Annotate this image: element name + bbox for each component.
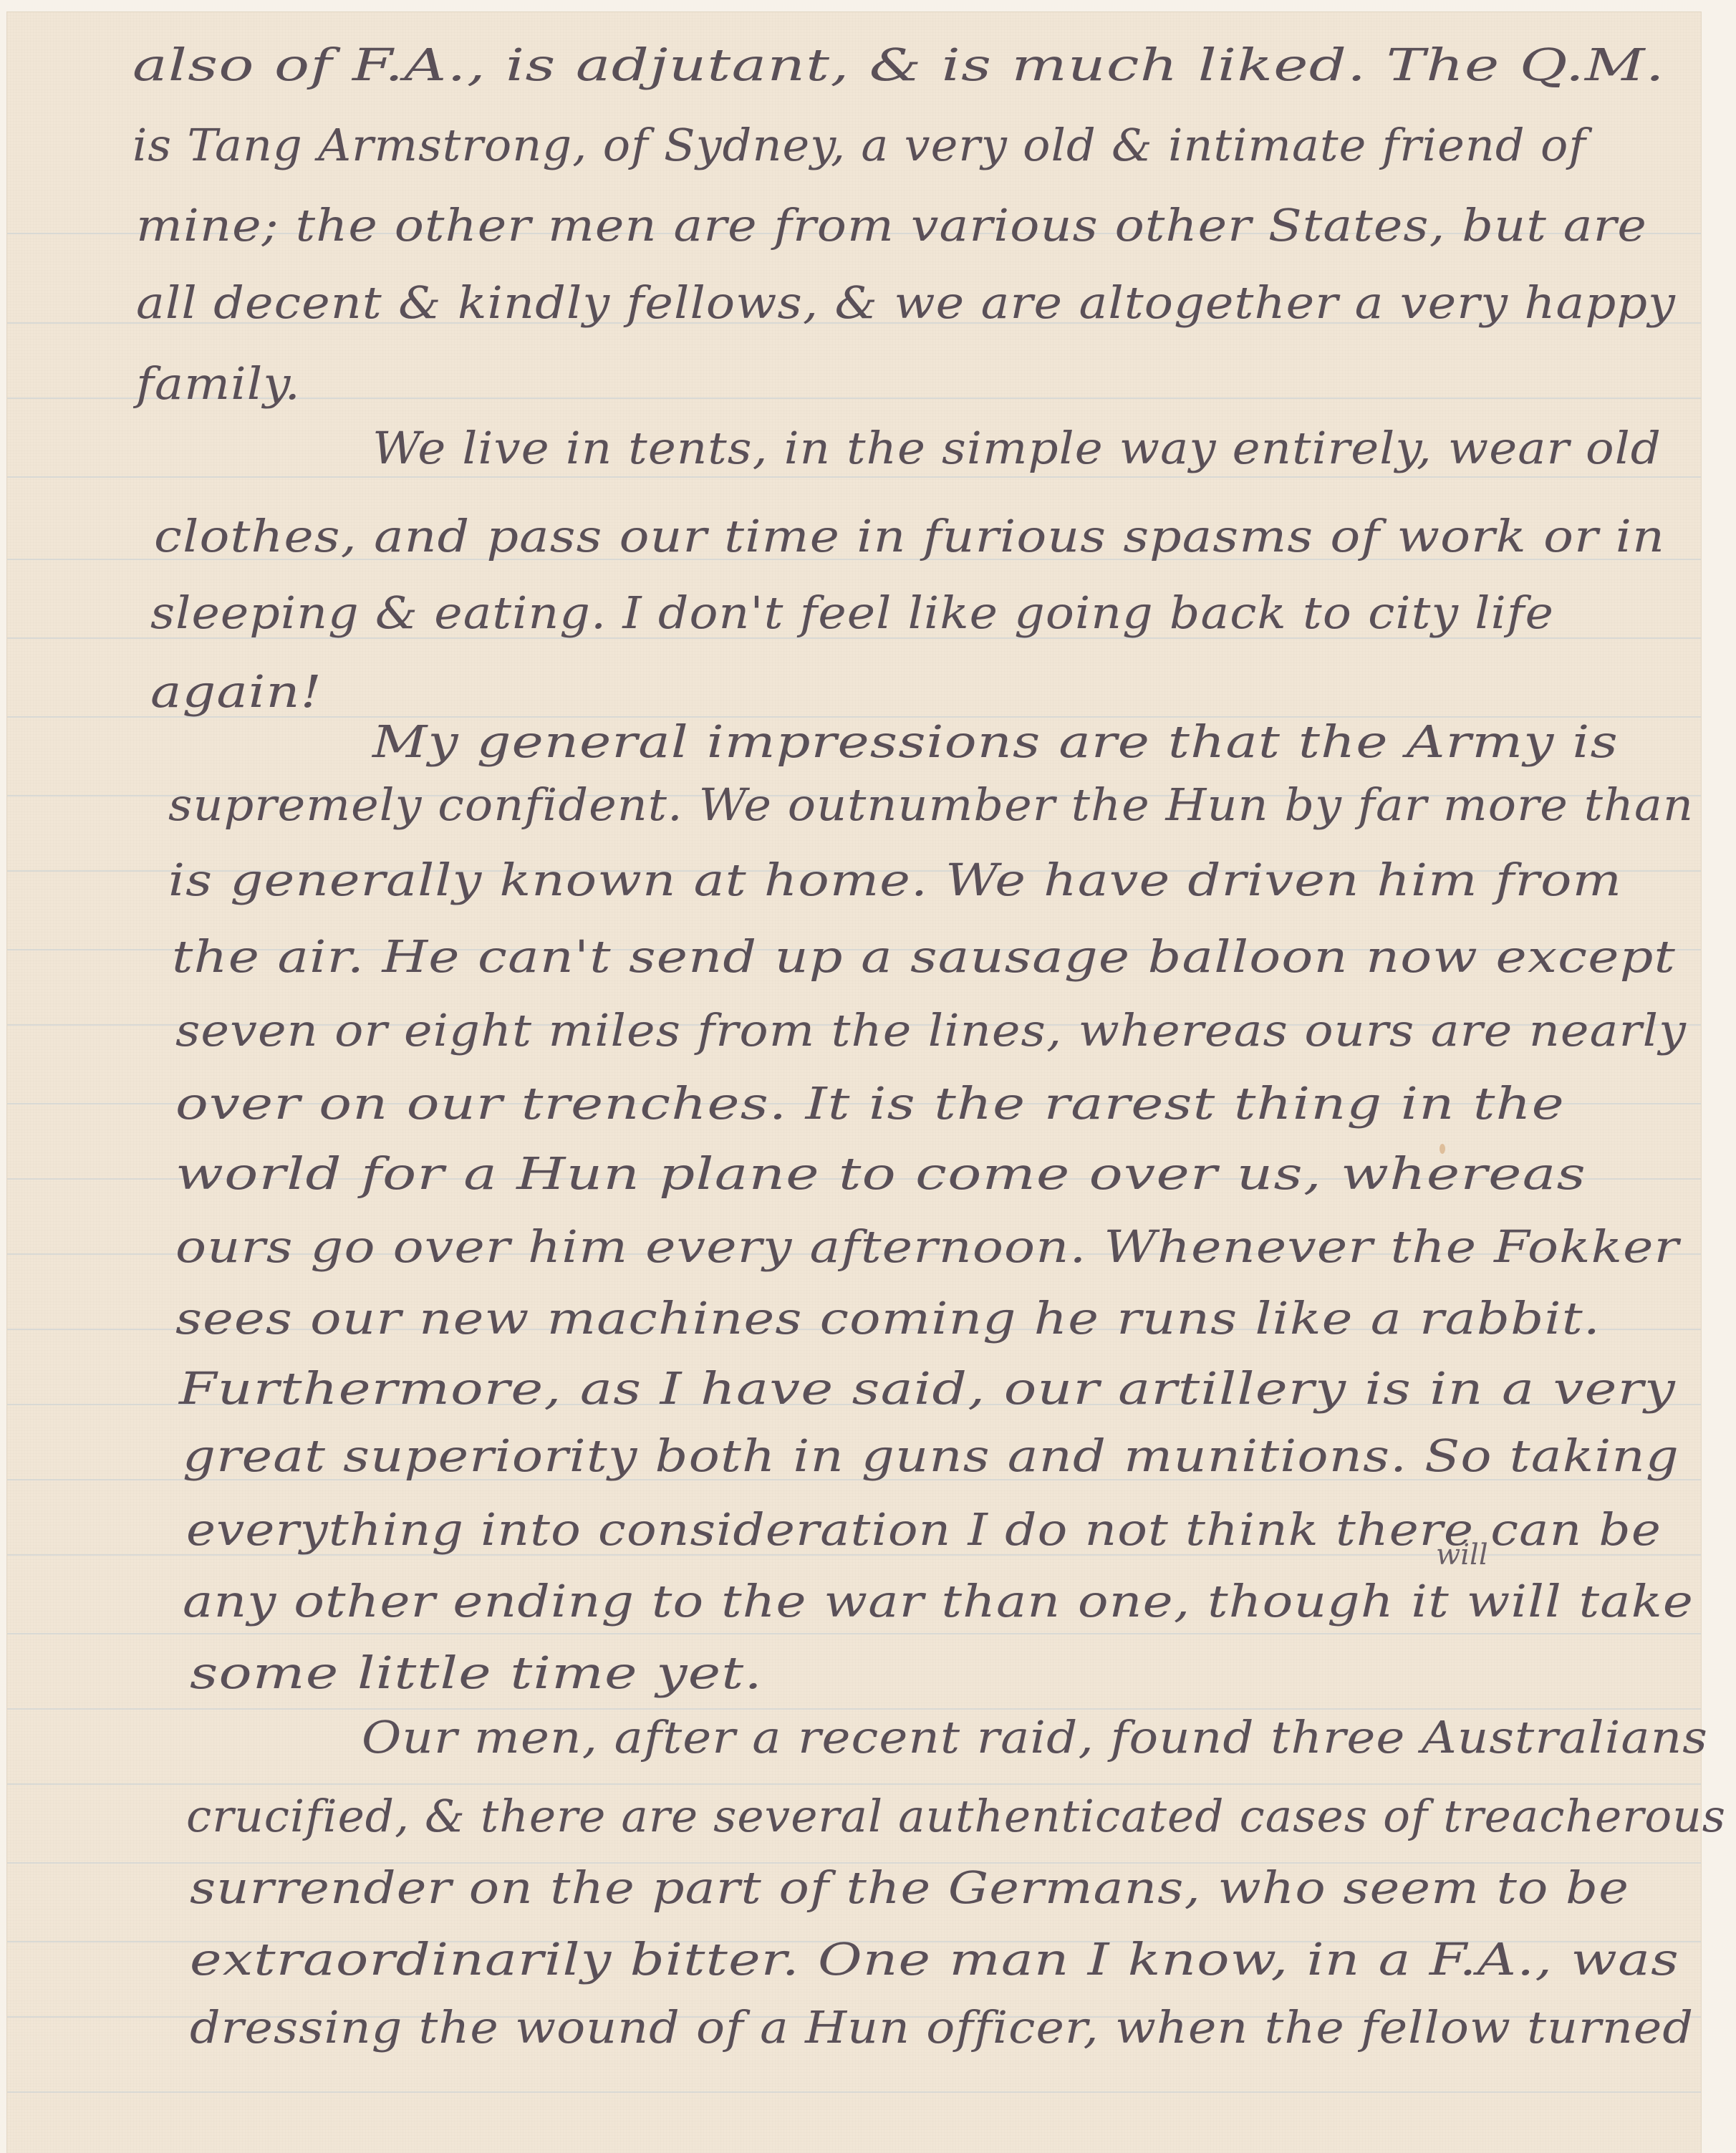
text-line: crucified, & there are several authentic… xyxy=(186,1794,1726,1839)
text-line: also of F.A., is adjutant, & is much lik… xyxy=(132,43,1665,87)
text-line: clothes, and pass our time in furious sp… xyxy=(154,514,1665,559)
text-line: supremely confident. We outnumber the Hu… xyxy=(168,783,1694,827)
ink-stain xyxy=(1440,1144,1445,1154)
text-line: ours go over him every afternoon. Whenev… xyxy=(175,1225,1679,1269)
text-line: over on our trenches. It is the rarest t… xyxy=(175,1082,1565,1126)
text-line: the air. He can't send up a sausage ball… xyxy=(172,935,1676,979)
text-line: is generally known at home. We have driv… xyxy=(168,858,1622,902)
text-line: mine; the other men are from various oth… xyxy=(136,203,1647,248)
text-line: some little time yet. xyxy=(190,1651,763,1695)
text-line: sees our new machines coming he runs lik… xyxy=(175,1296,1601,1341)
ruled-line xyxy=(7,1708,1701,1710)
text-line: any other ending to the war than one, th… xyxy=(183,1579,1694,1624)
text-line: extraordinarily bitter. One man I know, … xyxy=(190,1937,1679,1982)
text-line: world for a Hun plane to come over us, w… xyxy=(175,1152,1586,1196)
text-line: surrender on the part of the Germans, wh… xyxy=(190,1866,1629,1910)
ruled-line xyxy=(7,1633,1701,1634)
ruled-line xyxy=(7,2091,1701,2093)
text-line: great superiority both in guns and munit… xyxy=(183,1434,1679,1478)
ruled-line xyxy=(7,476,1701,478)
text-line: seven or eight miles from the lines, whe… xyxy=(175,1008,1687,1053)
text-line: all decent & kindly fellows, & we are al… xyxy=(136,281,1676,325)
text-line: again! xyxy=(150,670,322,714)
text-line: dressing the wound of a Hun officer, whe… xyxy=(190,2005,1694,2050)
text-line: We live in tents, in the simple way enti… xyxy=(372,426,1662,471)
text-line: Furthermore, as I have said, our artille… xyxy=(179,1367,1676,1411)
text-line: is Tang Armstrong, of Sydney, a very old… xyxy=(132,123,1586,168)
ruled-line xyxy=(7,1783,1701,1785)
text-line: sleeping & eating. I don't feel like goi… xyxy=(150,591,1554,635)
text-line: family. xyxy=(136,362,301,406)
text-line: Our men, after a recent raid, found thre… xyxy=(362,1715,1708,1760)
letter-page: also of F.A., is adjutant, & is much lik… xyxy=(7,12,1701,2153)
text-line: My general impressions are that the Army… xyxy=(372,720,1619,764)
inserted-word: will xyxy=(1436,1538,1488,1571)
